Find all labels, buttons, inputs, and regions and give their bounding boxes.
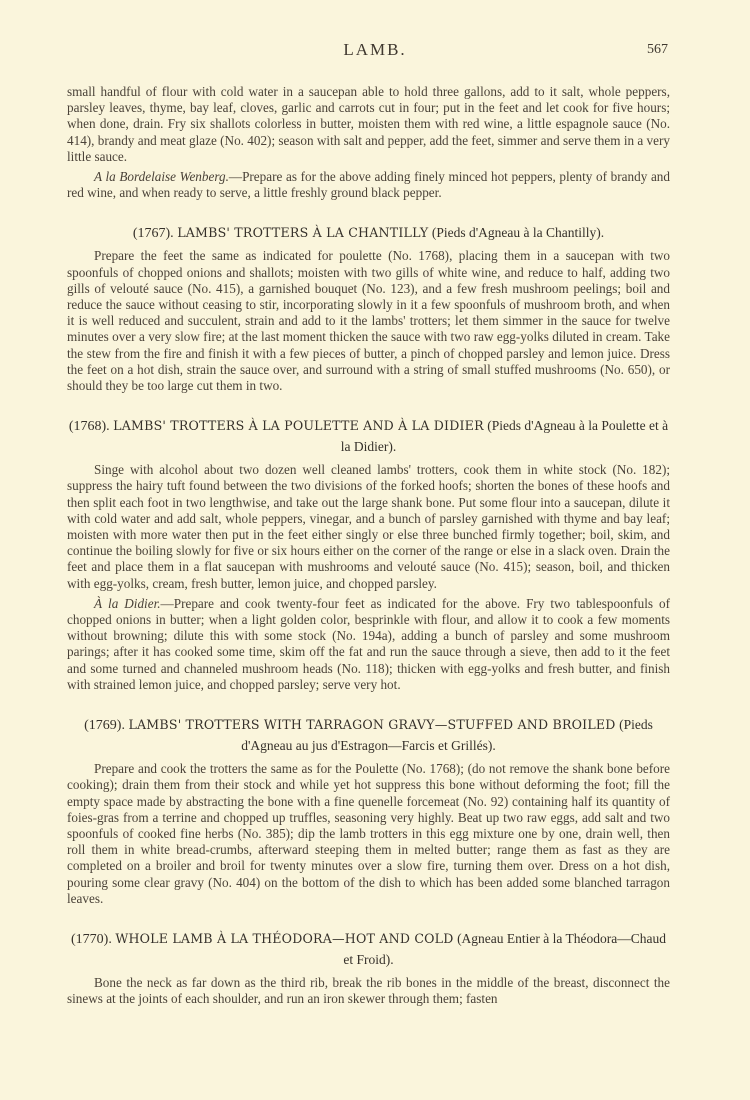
recipe-heading-1769: (1769). LAMBS' TROTTERS WITH TARRAGON GR… xyxy=(67,715,670,757)
didier-variation: À la Didier.—Prepare and cook twenty-fou… xyxy=(67,596,670,693)
recipe-title: WHOLE LAMB À LA THÉODORA—HOT AND COLD xyxy=(115,931,453,946)
recipe-number: (1767). xyxy=(133,226,174,241)
recipe-heading-1768: (1768). LAMBS' TROTTERS À LA POULETTE AN… xyxy=(67,416,670,458)
recipe-paragraph: Singe with alcohol about two dozen well … xyxy=(67,462,670,592)
recipe-title: LAMBS' TROTTERS À LA CHANTILLY xyxy=(177,225,428,240)
recipe-title: LAMBS' TROTTERS WITH TARRAGON GRAVY—STUF… xyxy=(128,717,615,732)
recipe-french-title: (Pieds d'Agneau à la Chantilly). xyxy=(432,225,604,240)
continued-paragraph: small handful of flour with cold water i… xyxy=(67,84,670,165)
recipe-number: (1769). xyxy=(84,718,125,733)
recipe-number: (1770). xyxy=(71,932,112,947)
recipe-paragraph: Prepare and cook the trotters the same a… xyxy=(67,761,670,907)
recipe-heading-1767: (1767). LAMBS' TROTTERS À LA CHANTILLY (… xyxy=(67,223,670,244)
recipe-paragraph: Bone the neck as far down as the third r… xyxy=(67,975,670,1007)
running-header: LAMB. 567 xyxy=(0,40,750,62)
recipe-heading-1770: (1770). WHOLE LAMB À LA THÉODORA—HOT AND… xyxy=(67,929,670,971)
variation-label: À la Didier. xyxy=(94,596,161,611)
recipe-title: LAMBS' TROTTERS À LA POULETTE AND À LA D… xyxy=(113,418,484,433)
running-title: LAMB. xyxy=(0,40,750,60)
bordelaise-variation: A la Bordelaise Wenberg.—Prepare as for … xyxy=(67,169,670,201)
book-page: LAMB. 567 small handful of flour with co… xyxy=(0,0,750,1100)
recipe-paragraph: Prepare the feet the same as indicated f… xyxy=(67,248,670,394)
variation-label: A la Bordelaise Wenberg. xyxy=(94,169,229,184)
recipe-number: (1768). xyxy=(69,419,110,434)
page-number: 567 xyxy=(647,42,668,58)
page-body: small handful of flour with cold water i… xyxy=(67,84,670,1007)
